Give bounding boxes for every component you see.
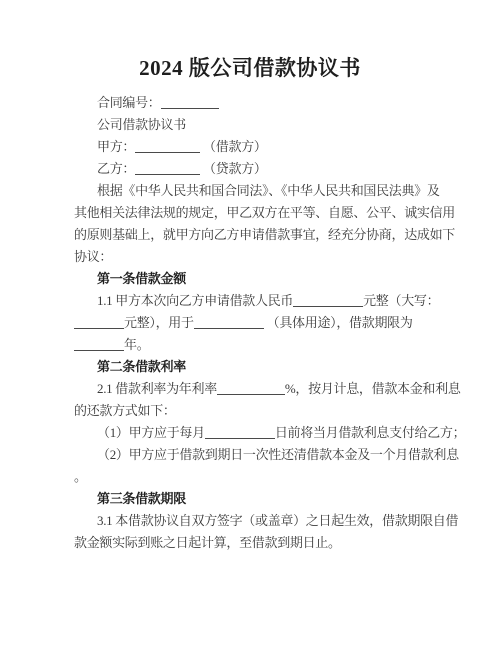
fill-in-blank: [194, 316, 264, 329]
document-page: 2024 版公司借款协议书 合同编号：公司借款协议书甲方： （借款方）乙方： （…: [0, 0, 500, 647]
clause-1-1-line-3: 年。: [74, 334, 470, 356]
clause-3-1-line-1: 3.1 本借款协议自双方签字（或盖章）之日起生效，借款期限自借: [74, 510, 470, 532]
text-segment: 甲方：: [97, 139, 135, 154]
article-1-heading: 第一条借款金额: [74, 268, 470, 290]
text-segment: 元整），用于: [124, 315, 194, 330]
clause-1-1-line-2: 元整），用于 （具体用途），借款期限为: [74, 312, 470, 334]
article-3-heading: 第三条借款期限: [74, 488, 470, 510]
text-segment: 其他相关法律法规的规定，甲乙双方在平等、自愿、公平、诚实信用: [74, 205, 455, 220]
clause-3-1-line-2: 款金额实际到账之日起计算，至借款到期日止。: [74, 532, 470, 554]
fill-in-blank: [217, 382, 285, 395]
preamble-line-3: 的原则基础上，就甲方向乙方申请借款事宜，经充分协商，达成如下: [74, 224, 470, 246]
document-body: 合同编号：公司借款协议书甲方： （借款方）乙方： （贷款方）根据《中华人民共和国…: [0, 92, 500, 554]
text-segment: 第一条借款金额: [97, 271, 186, 286]
fill-in-blank: [161, 96, 219, 109]
text-segment: 款金额实际到账之日起计算，至借款到期日止。: [74, 535, 341, 550]
clause-2-1-line-1: 2.1 借款利率为年利率%，按月计息，借款本金和利息: [74, 378, 470, 400]
preamble-line-4: 协议：: [74, 246, 470, 268]
text-segment: 3.1 本借款协议自双方签字（或盖章）之日起生效，借款期限自借: [97, 513, 458, 528]
text-segment: 公司借款协议书: [97, 117, 186, 132]
contract-number-line: 合同编号：: [74, 92, 470, 114]
article-2-heading: 第二条借款利率: [74, 356, 470, 378]
text-segment: 根据《中华人民共和国合同法》、《中华人民共和国民法典》及: [97, 183, 440, 198]
clause-1-1-line-1: 1.1 甲方本次向乙方申请借款人民币元整（大写：: [74, 290, 470, 312]
preamble-line-1: 根据《中华人民共和国合同法》、《中华人民共和国民法典》及: [74, 180, 470, 202]
fill-in-blank: [205, 426, 275, 439]
text-segment: 年。: [124, 337, 149, 352]
text-segment: （借款方）: [200, 139, 266, 154]
party-a-line: 甲方： （借款方）: [74, 136, 470, 158]
text-segment: 第三条借款期限: [97, 491, 186, 506]
document-title: 2024 版公司借款协议书: [0, 0, 500, 82]
text-segment: （具体用途），借款期限为: [264, 315, 413, 330]
text-segment: 元整（大写：: [363, 293, 439, 308]
preamble-line-2: 其他相关法律法规的规定，甲乙双方在平等、自愿、公平、诚实信用: [74, 202, 470, 224]
text-segment: （1）甲方应于每月: [97, 425, 205, 440]
fill-in-blank: [135, 162, 200, 175]
text-segment: 2.1 借款利率为年利率: [97, 381, 217, 396]
clause-2-1-item-1: （1）甲方应于每月日前将当月借款利息支付给乙方；: [74, 422, 470, 444]
text-segment: 合同编号：: [97, 95, 161, 110]
fill-in-blank: [293, 294, 363, 307]
fill-in-blank: [74, 316, 124, 329]
text-segment: 的原则基础上，就甲方向乙方申请借款事宜，经充分协商，达成如下: [74, 227, 455, 242]
fill-in-blank: [74, 338, 124, 351]
clause-2-1-item-2-line-2: 。: [74, 466, 470, 488]
text-segment: 日前将当月借款利息支付给乙方；: [275, 425, 466, 440]
text-segment: 的还款方式如下：: [74, 403, 176, 418]
clause-2-1-line-2: 的还款方式如下：: [74, 400, 470, 422]
fill-in-blank: [135, 140, 200, 153]
party-b-line: 乙方： （贷款方）: [74, 158, 470, 180]
text-segment: %，按月计息，借款本金和利息: [285, 381, 461, 396]
text-segment: （贷款方）: [200, 161, 266, 176]
text-segment: 协议：: [74, 249, 112, 264]
doc-subtitle-line: 公司借款协议书: [74, 114, 470, 136]
text-segment: 乙方：: [97, 161, 135, 176]
text-segment: 第二条借款利率: [97, 359, 186, 374]
text-segment: 。: [74, 469, 87, 484]
clause-2-1-item-2-line-1: （2）甲方应于借款到期日一次性还清借款本金及一个月借款利息: [74, 444, 470, 466]
text-segment: （2）甲方应于借款到期日一次性还清借款本金及一个月借款利息: [97, 447, 459, 462]
text-segment: 1.1 甲方本次向乙方申请借款人民币: [97, 293, 293, 308]
